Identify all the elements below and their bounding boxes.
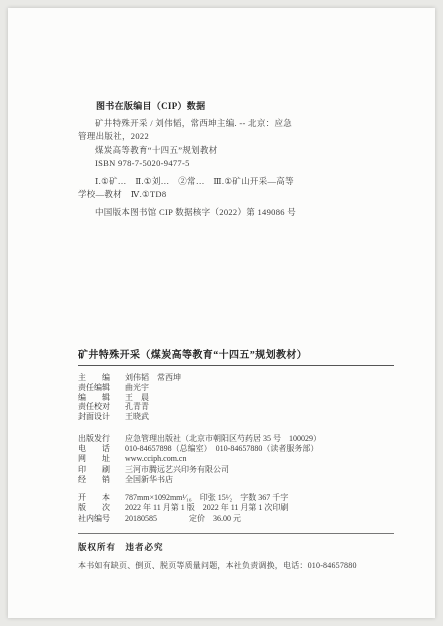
- publishing-row: 出版发行 应急管理出版社（北京市朝阳区芍药居 35 号 100029）: [78, 434, 394, 444]
- publishing-label: 出版发行: [78, 434, 125, 444]
- publishing-row: 网 址 www.cciph.com.cn: [78, 454, 394, 464]
- staff-row: 主 编 刘伟韬 常西坤: [78, 373, 394, 383]
- publishing-label: 网 址: [78, 454, 125, 464]
- print-info-label: 社内编号: [78, 514, 125, 524]
- divider-rule: [78, 533, 394, 534]
- print-info-label: 开 本: [78, 493, 125, 503]
- staff-row: 封面设计 王晓武: [78, 412, 394, 422]
- staff-value: 曲光宇: [125, 383, 149, 393]
- print-info-value: 2022 年 11 月第 1 版 2022 年 11 月第 1 次印刷: [125, 503, 288, 513]
- publishing-value: 三河市腾远艺兴印务有限公司: [125, 465, 229, 475]
- staff-value: 刘伟韬 常西坤: [125, 373, 181, 383]
- cip-isbn: ISBN 978-7-5020-9477-5: [78, 157, 394, 171]
- publishing-row: 电 话 010-84657898（总编室） 010-84657880（读者服务部…: [78, 444, 394, 454]
- cip-line: 管理出版社，2022: [78, 130, 394, 144]
- book-copyright-page: 图书在版编目（CIP）数据 矿井特殊开采 / 刘伟韬，常西坤主编. -- 北京：…: [8, 8, 435, 618]
- publishing-value: 010-84657898（总编室） 010-84657880（读者服务部）: [125, 444, 318, 454]
- publishing-website: www.cciph.com.cn: [125, 454, 186, 464]
- copyright-notice: 版权所有 违者必究: [78, 541, 394, 553]
- staff-row: 责任校对 孔青青: [78, 402, 394, 412]
- print-info-list: 开 本 787mm×1092mm¹⁄₁₆ 印张 15¹⁄₂ 字数 367 千字 …: [78, 493, 394, 524]
- print-info-row: 社内编号 20180585 定价 36.00 元: [78, 514, 394, 524]
- publishing-row: 经 销 全国新华书店: [78, 475, 394, 485]
- print-info-label: 版 次: [78, 503, 125, 513]
- publishing-label: 经 销: [78, 475, 125, 485]
- cip-line: 矿井特殊开采 / 刘伟韬，常西坤主编. -- 北京：应急: [78, 117, 394, 131]
- staff-label: 封面设计: [78, 412, 125, 422]
- publishing-row: 印 刷 三河市腾远艺兴印务有限公司: [78, 465, 394, 475]
- print-info-row: 开 本 787mm×1092mm¹⁄₁₆ 印张 15¹⁄₂ 字数 367 千字: [78, 493, 394, 503]
- cip-header: 图书在版编目（CIP）数据: [78, 100, 394, 114]
- staff-label: 责任编辑: [78, 383, 125, 393]
- staff-list: 主 编 刘伟韬 常西坤 责任编辑 曲光宇 编 辑 王 晨 责任校对 孔青青 封面…: [78, 373, 394, 422]
- staff-label: 主 编: [78, 373, 125, 383]
- cip-classification: Ⅰ.①矿… Ⅱ.①刘… ②常… Ⅲ.①矿山开采—高等: [78, 175, 394, 189]
- staff-value: 王 晨: [125, 393, 149, 403]
- publishing-value: 全国新华书店: [125, 475, 173, 485]
- publishing-label: 印 刷: [78, 465, 125, 475]
- print-info-row: 版 次 2022 年 11 月第 1 版 2022 年 11 月第 1 次印刷: [78, 503, 394, 513]
- staff-value: 王晓武: [125, 412, 149, 422]
- staff-label: 编 辑: [78, 393, 125, 403]
- colophon-block: 矿井特殊开采（煤炭高等教育“十四五”规划教材） 主 编 刘伟韬 常西坤 责任编辑…: [78, 346, 394, 571]
- staff-row: 编 辑 王 晨: [78, 393, 394, 403]
- book-title: 矿井特殊开采（煤炭高等教育“十四五”规划教材）: [78, 346, 394, 366]
- cip-classification: 学校—教材 Ⅳ.①TD8: [78, 188, 394, 202]
- staff-value: 孔青青: [125, 402, 149, 412]
- quality-note: 本书如有缺页、倒页、脱页等质量问题，本社负责调换，电话：010-84657880: [78, 560, 394, 571]
- staff-row: 责任编辑 曲光宇: [78, 383, 394, 393]
- cip-record-number: 中国版本图书馆 CIP 数据核字（2022）第 149086 号: [78, 206, 394, 220]
- staff-label: 责任校对: [78, 402, 125, 412]
- cip-block: 图书在版编目（CIP）数据 矿井特殊开采 / 刘伟韬，常西坤主编. -- 北京：…: [78, 100, 394, 219]
- publishing-value: 应急管理出版社（北京市朝阳区芍药居 35 号 100029）: [125, 434, 321, 444]
- cip-line: 煤炭高等教育“十四五”规划教材: [78, 144, 394, 158]
- print-info-value: 787mm×1092mm¹⁄₁₆ 印张 15¹⁄₂ 字数 367 千字: [125, 493, 288, 503]
- print-info-value: 20180585 定价 36.00 元: [125, 514, 241, 524]
- publishing-label: 电 话: [78, 444, 125, 454]
- publishing-list: 出版发行 应急管理出版社（北京市朝阳区芍药居 35 号 100029） 电 话 …: [78, 434, 394, 485]
